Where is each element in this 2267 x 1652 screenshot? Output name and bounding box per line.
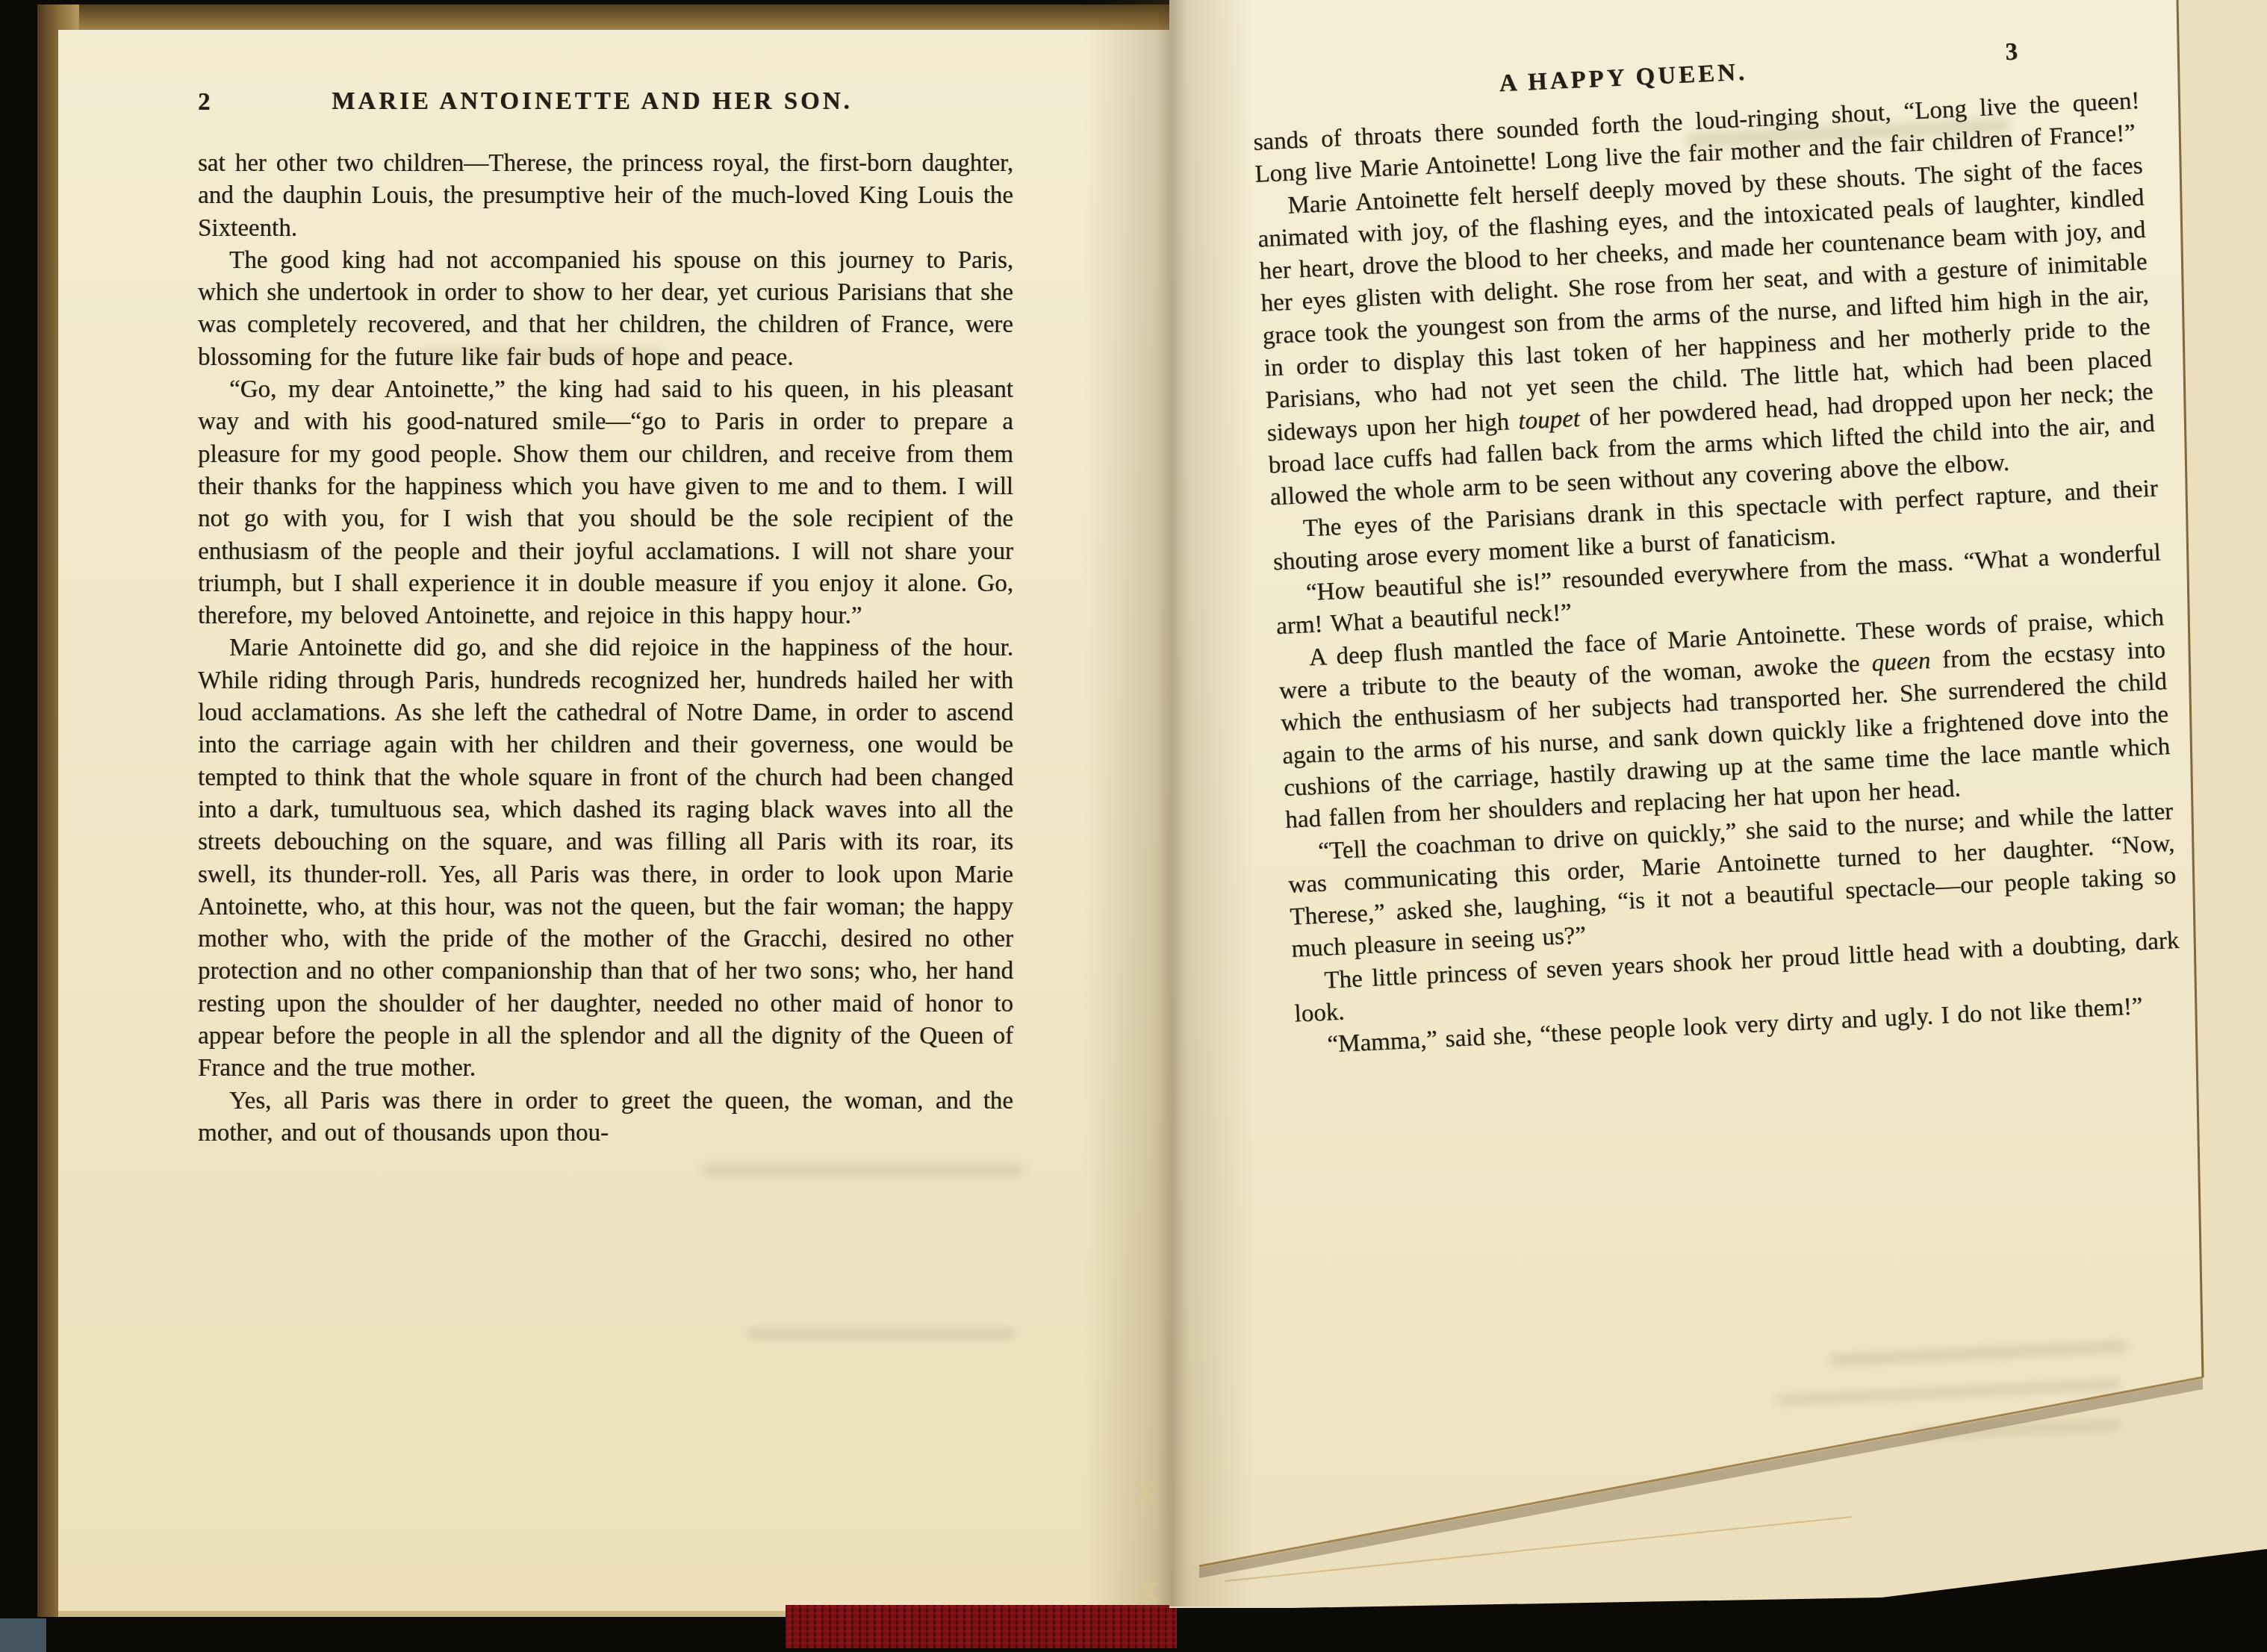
endpaper-blue-sliver (0, 1618, 46, 1652)
page-right: A HAPPY QUEEN. 3 sands of throats there … (1250, 30, 2183, 1063)
paragraph: sat her other two children—Therese, the … (198, 148, 1013, 245)
paragraph: Marie Antoinette felt herself deeply mov… (1256, 149, 2157, 514)
paragraph: “Go, my dear Antoinette,” the king had s… (198, 374, 1013, 632)
page-right-text-body: sands of throats there sounded forth the… (1252, 85, 2183, 1063)
page-number-left: 2 (198, 89, 211, 116)
book-spread: 2 MARIE ANTOINETTE AND HER SON. sat her … (0, 0, 2267, 1652)
running-header-right: A HAPPY QUEEN. (1499, 59, 1748, 99)
italic-text-run: toupet (1517, 405, 1580, 434)
text-run: Yes, all Paris was there in order to gre… (198, 1088, 1013, 1147)
italic-text-run: queen (1871, 647, 1931, 677)
text-run: “Go, my dear Antoinette,” the king had s… (198, 376, 1013, 629)
page-left: 2 MARIE ANTOINETTE AND HER SON. sat her … (198, 88, 1013, 1150)
paragraph: Marie Antoinette did go, and she did rej… (198, 632, 1013, 1085)
text-run: The good king had not accompanied his sp… (198, 247, 1013, 371)
binding-red-cloth (786, 1605, 1177, 1648)
paragraph: The good king had not accompanied his sp… (198, 245, 1013, 374)
text-run: sat her other two children—Therese, the … (198, 150, 1013, 242)
text-run: Marie Antoinette did go, and she did rej… (198, 635, 1013, 1082)
gutter-shadow (1084, 0, 1253, 1606)
running-header-left: MARIE ANTOINETTE AND HER SON. (332, 88, 853, 116)
page-left-text-body: sat her other two children—Therese, the … (198, 148, 1013, 1150)
paragraph: Yes, all Paris was there in order to gre… (198, 1085, 1013, 1150)
page-number-right: 3 (2005, 39, 2018, 67)
page-left-header: 2 MARIE ANTOINETTE AND HER SON. (198, 88, 1013, 122)
